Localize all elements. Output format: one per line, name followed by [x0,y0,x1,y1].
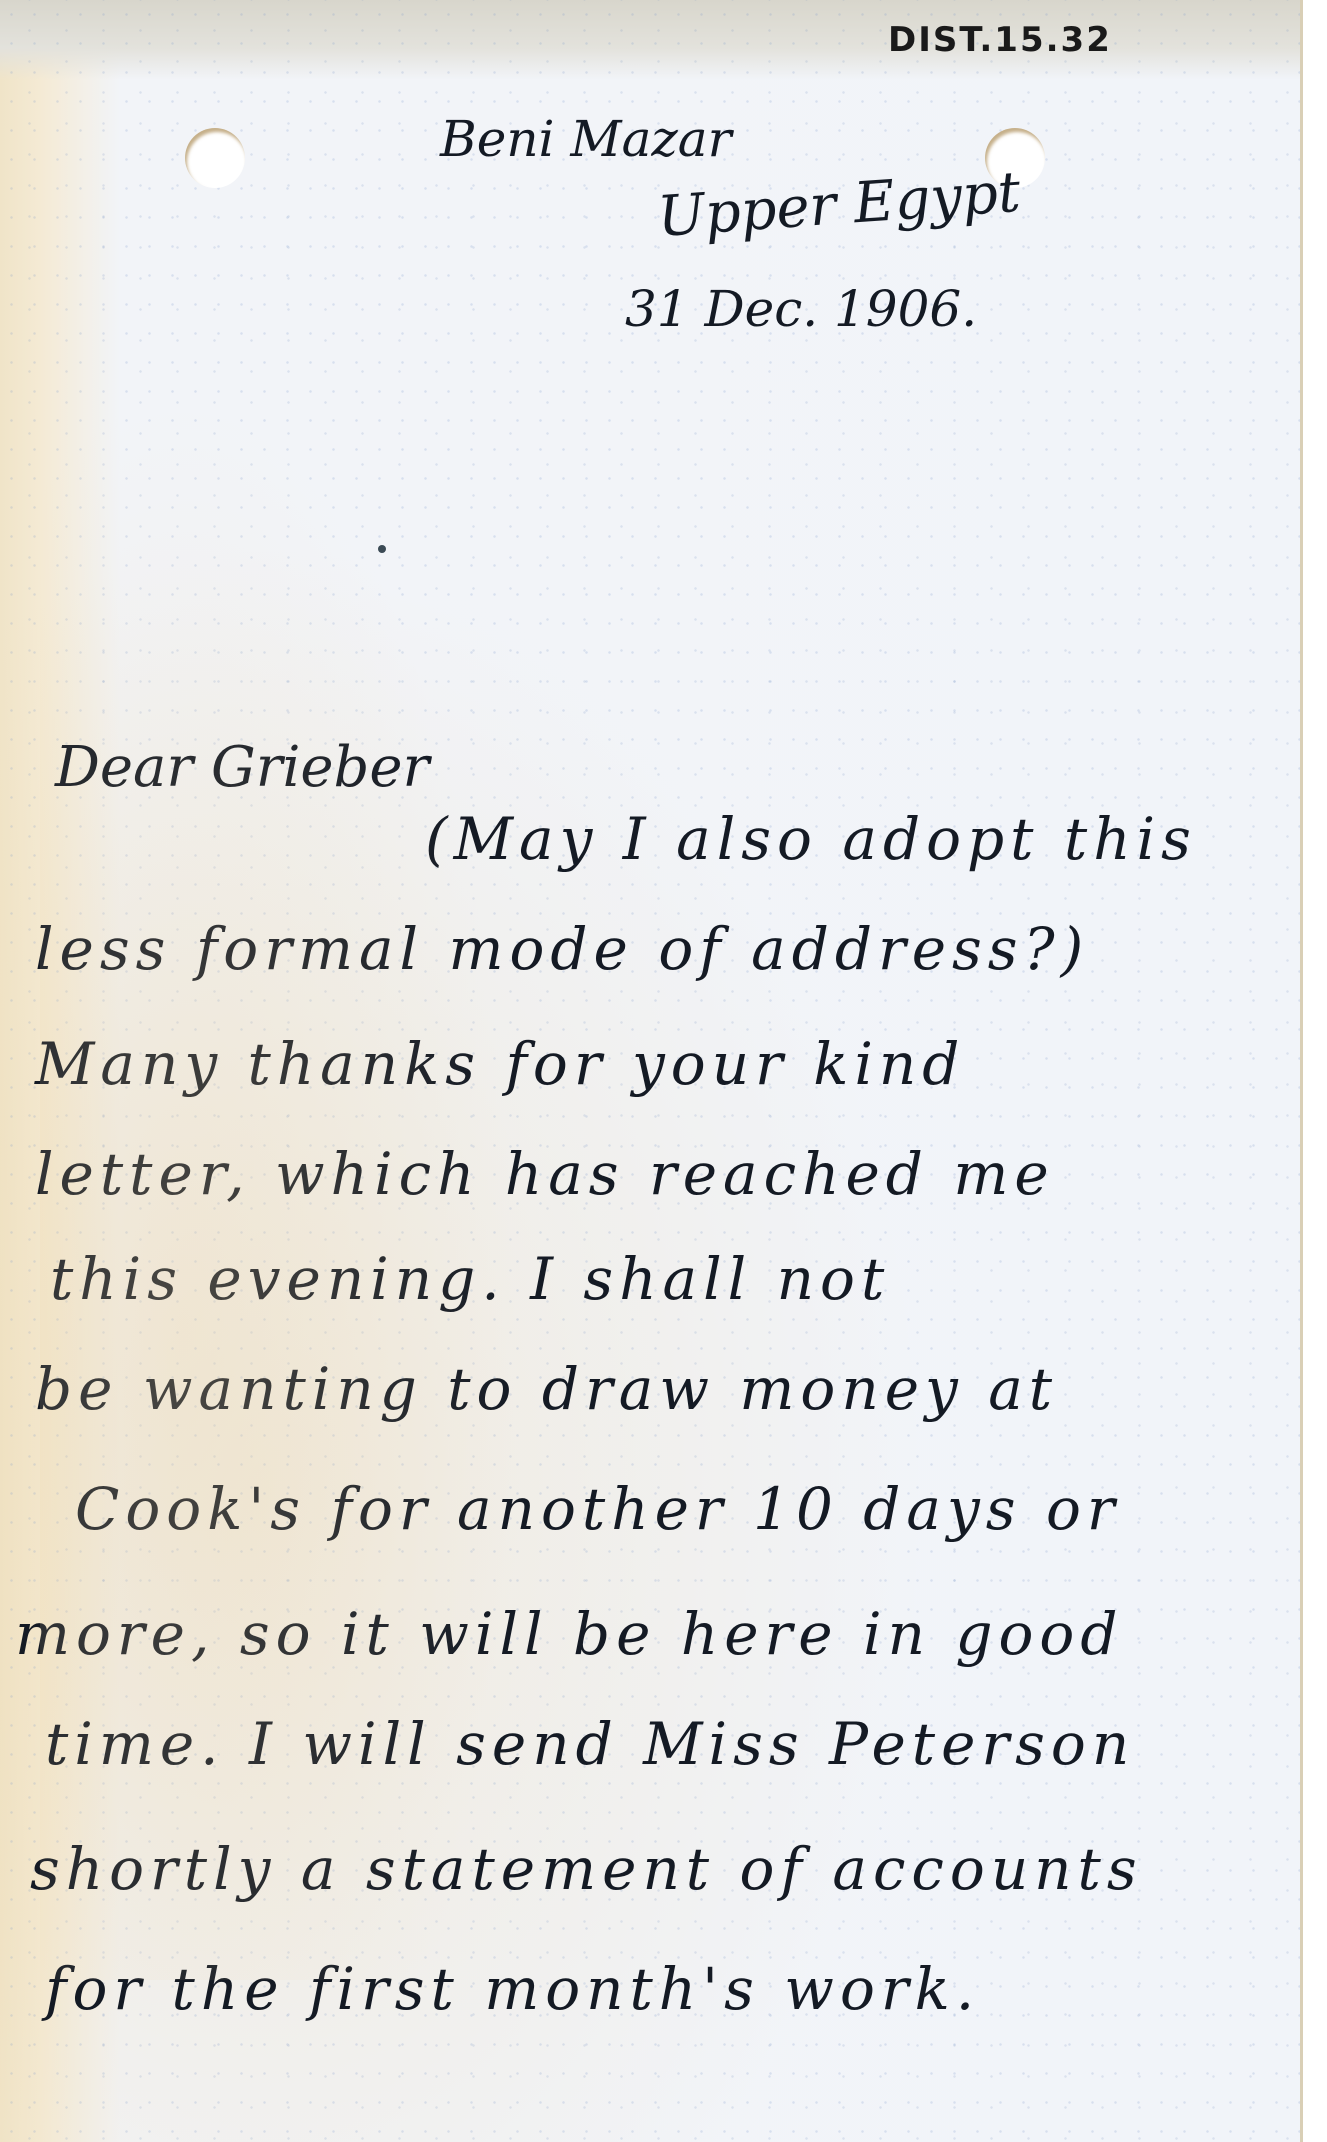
letter-page: DIST.15.32 Beni Mazar Upper Egypt 31 Dec… [0,0,1303,2142]
salutation: Dear Grieber [55,735,429,800]
ink-spot [378,545,386,553]
body-line: Many thanks for your kind [35,1030,965,1098]
body-line: be wanting to draw money at [35,1355,1058,1423]
punch-hole-left-icon [185,128,245,188]
body-line: less formal mode of address?) [35,915,1089,983]
letter-date: 31 Dec. 1906. [625,280,977,338]
body-line: letter, which has reached me [35,1140,1055,1208]
body-line: this evening. I shall not [50,1245,890,1313]
body-line: for the first month's work. [45,1955,980,2023]
body-line: Cook's for another 10 days or [75,1475,1121,1543]
body-line: time. I will send Miss Peterson [45,1710,1135,1778]
body-line: more, so it will be here in good [15,1600,1123,1668]
place-line-2: Upper Egypt [655,160,1022,250]
archive-reference: DIST.15.32 [888,20,1112,60]
body-line: shortly a statement of accounts [30,1835,1143,1903]
place-line-1: Beni Mazar [440,110,731,168]
body-line: (May I also adopt this [425,805,1197,873]
